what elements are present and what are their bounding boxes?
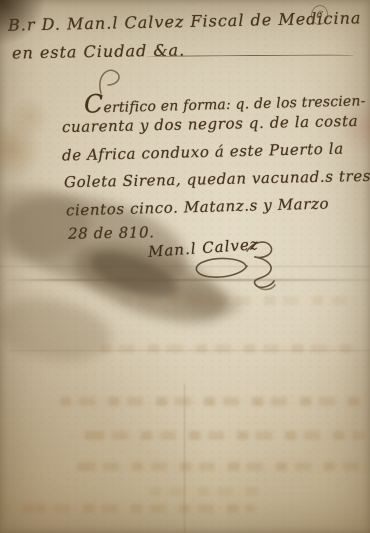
bleed-through-line xyxy=(100,344,358,353)
vertical-crease xyxy=(184,384,185,533)
body-line: cientos cinco. Matanz.s y Marzo xyxy=(66,197,329,219)
heading-line-2: en esta Ciudad &a. xyxy=(12,42,185,61)
body-line: cuarenta y dos negros q. de la costa xyxy=(62,114,358,135)
inked-blank-rule xyxy=(146,54,354,58)
body-line: de Africa conduxo á este Puerto la xyxy=(62,142,344,164)
bleed-through-line xyxy=(150,487,262,496)
heading-line-1: B.r D. Man.l Calvez Fiscal de Medicina xyxy=(8,10,362,33)
paper-stain xyxy=(0,290,116,370)
bleed-through-line xyxy=(75,462,370,471)
bleed-through-line xyxy=(70,431,366,440)
bleed-through-line xyxy=(60,397,366,406)
bleed-through-line xyxy=(4,504,256,513)
manuscript-photo: 6 B.r D. Man.l Calvez Fiscal de Medicina… xyxy=(0,0,370,533)
body-line: 28 de 810. xyxy=(68,225,155,242)
body-line: Goleta Sirena, quedan vacunad.s tres- xyxy=(64,169,370,191)
